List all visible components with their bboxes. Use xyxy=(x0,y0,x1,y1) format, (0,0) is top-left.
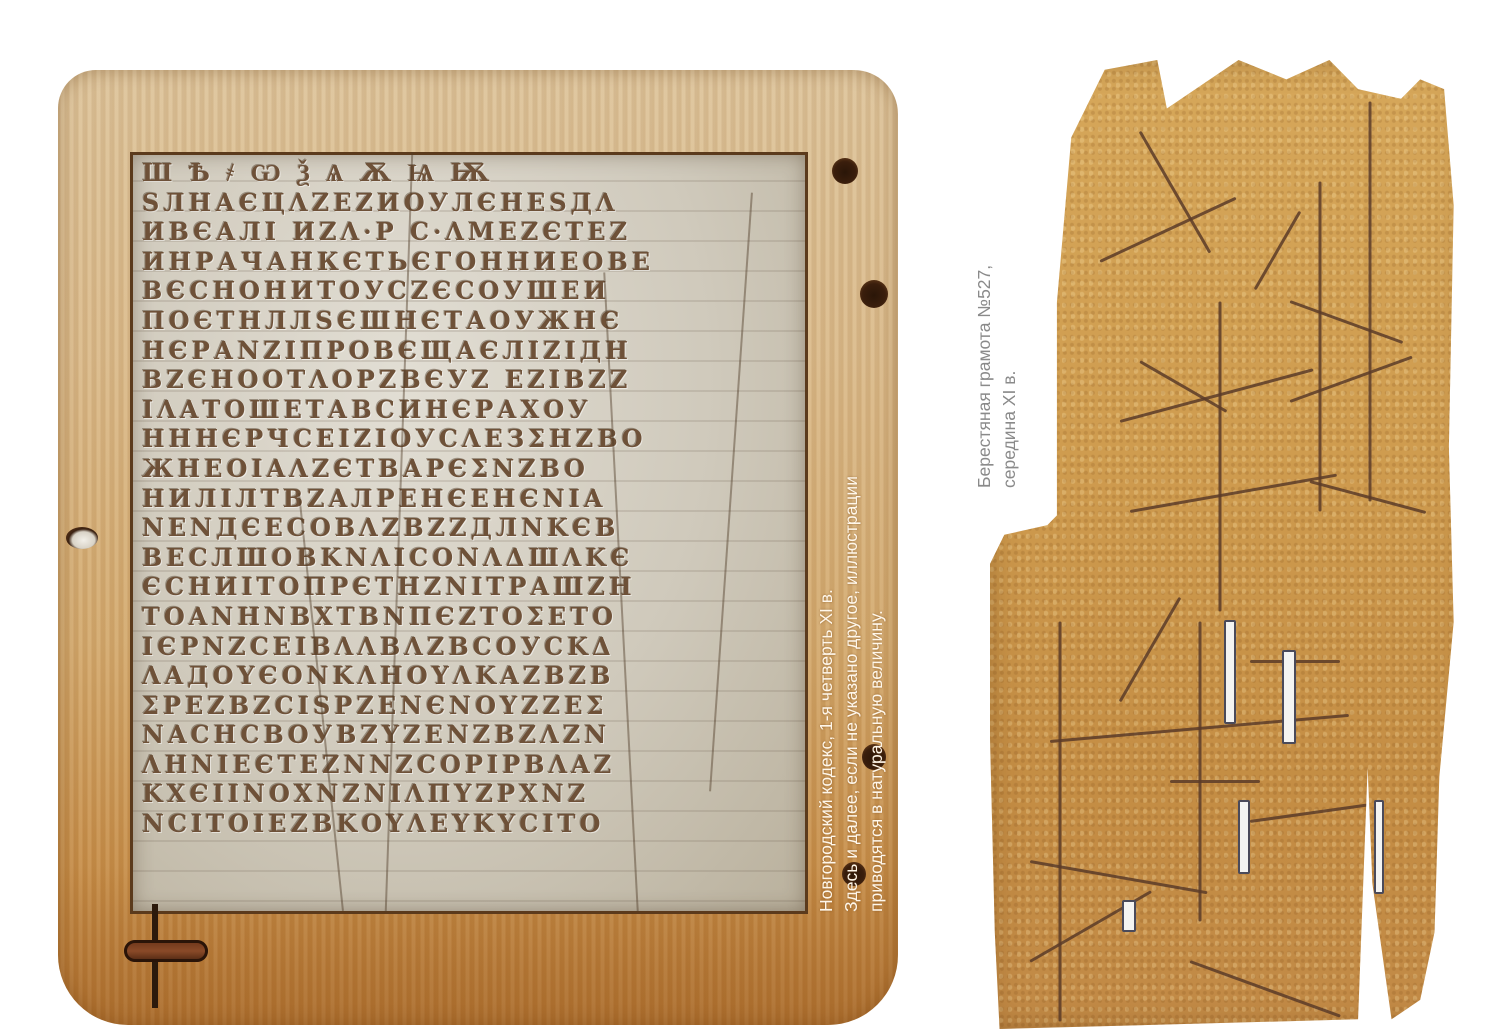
incised-stroke xyxy=(1250,803,1369,823)
inscription-line: ΝСΙΤΟΙΕΖΒΚΟΥΛЕΥΚΥСІΤΟ xyxy=(142,809,798,839)
incised-stroke xyxy=(1139,131,1212,254)
inscription-line: ΣΡЕZΒΖСІЅΡΖΕΝЄΝΟΥΖΖЕΣ xyxy=(142,691,798,721)
bark-split xyxy=(1224,620,1236,724)
binding-hole-icon xyxy=(66,527,98,549)
bark-split xyxy=(1122,900,1136,932)
incised-stroke xyxy=(1059,622,1062,1022)
inscription-line: ЅЛНАЄЦΛZЕZИОУЛЄНЕЅДΛ xyxy=(142,188,798,218)
incised-stroke xyxy=(1119,597,1182,702)
tablet-caption: Новгородский кодекс, 1-я четверть XI в. … xyxy=(814,476,889,912)
incised-stroke xyxy=(1319,182,1322,512)
incised-stroke xyxy=(1289,356,1412,403)
incised-stroke xyxy=(1130,474,1337,513)
inscription-line: ΝΑСНСΒΟУΒΖΥΖЕΝΖΒΖΛΖΝ xyxy=(142,720,798,750)
birch-bark-caption: Берестяная грамота №527, середина XI в. xyxy=(972,265,1022,488)
bark-split xyxy=(1374,800,1384,894)
incised-stroke xyxy=(1099,197,1236,263)
caption-line: Берестяная грамота №527, xyxy=(972,265,997,488)
caption-line: Здесь и далее, если не указано другое, и… xyxy=(839,476,864,912)
inscription-line: ИНРАЧАНКЄТЬЄГОННИЕОΒЕ xyxy=(142,247,798,277)
incised-stroke xyxy=(1199,622,1202,922)
incised-stroke xyxy=(1369,102,1372,502)
bark-split xyxy=(1282,650,1296,744)
wax-writing-surface: Ш Ѣ ҂ Ѡ Ѯ Ѧ Ѫ Ѩ Ѭ ЅЛНАЄЦΛZЕZИОУЛЄНЕЅДΛ И… xyxy=(130,152,808,914)
inscription-line: НЄРАNZІПРОΒЄЩАЄЛΙZІДН xyxy=(142,336,798,366)
peg-hole-icon xyxy=(860,280,888,308)
inscription-line: ΝΕΝДЄЕСОΒΛΖΒΖΖДЛΝΚЄΒ xyxy=(142,513,798,543)
caption-line: Новгородский кодекс, 1-я четверть XI в. xyxy=(814,476,839,912)
inscription-line: ПОЄТНЛЛЅЄШНЄТАОУЖНЄ xyxy=(142,306,798,336)
peg-hole-icon xyxy=(832,158,858,184)
caption-line: приводятся в натуральную величину. xyxy=(864,476,889,912)
inscription-line: ΛΑДΟΥЄΟΝΚΛНОΥΛΚΑZВΖΒ xyxy=(142,661,798,691)
inscription-line: НИЛІЛТΒΖΑЛРЕНЄЕНЄΝΙΑ xyxy=(142,484,798,514)
inscription-line: Ш Ѣ ҂ Ѡ Ѯ Ѧ Ѫ Ѩ Ѭ xyxy=(142,158,798,188)
incised-stroke xyxy=(1170,780,1260,783)
inscription-line: ΙΛΑΤОШЕΤАΒСИНЄРАΧОУ xyxy=(142,395,798,425)
incised-stroke xyxy=(1289,300,1403,344)
inscription-line: ЄСНИІТОΠРЄТНΖΝΙТРΑШZН xyxy=(142,572,798,602)
tablet-inscription: Ш Ѣ ҂ Ѡ Ѯ Ѧ Ѫ Ѩ Ѭ ЅЛНАЄЦΛZЕZИОУЛЄНЕЅДΛ И… xyxy=(142,158,798,839)
incised-stroke xyxy=(1219,302,1222,612)
inscription-line: НННЄРЧСЕΙZΙОУСΛΕЗΣΗΖΒΟ xyxy=(142,424,798,454)
inscription-line: ИΒЄАЛІ ИZΛ·Р С·ΛМЕZЄТЕZ xyxy=(142,217,798,247)
incised-stroke xyxy=(1254,211,1302,290)
inscription-line: ΒЕСЛШΟΒΚΝΛΙСОΝΛΔШΛΚЄ xyxy=(142,543,798,573)
inscription-line: ЖНЕОІΑΛΖЄТΒАРЄΣΝΖΒΟ xyxy=(142,454,798,484)
incised-stroke xyxy=(1030,860,1208,894)
birch-bark-letter-photo xyxy=(990,60,1468,1029)
caption-line: середина XI в. xyxy=(997,265,1022,488)
hinge-clasp-icon xyxy=(124,940,208,962)
inscription-line: ΛΗΝΙΕЄΤΕΖΝΝΖСΟΡΙΡΒΛΑΖ xyxy=(142,750,798,780)
inscription-line: ΒЄСНОНИТОУСΖЄСОУШЕИ xyxy=(142,276,798,306)
inscription-line: ΙЄΡΝΖСΕΙΒΛΛΒΛΖΒСОУСΚΔ xyxy=(142,632,798,662)
incised-stroke xyxy=(1189,960,1340,1018)
bark-split xyxy=(1238,800,1250,874)
incised-stroke xyxy=(1120,368,1314,423)
inscription-line: ΒΖЄНООТΛОРZΒЄУZ ЕZІΒZZ xyxy=(142,365,798,395)
inscription-line: ΚΧЄΙΙΝΟΧΝΖΝΙΛΠΥΖΡΧΝΖ xyxy=(142,779,798,809)
inscription-line: ТΟΑΝΗΝΒΧТΒΝΠЄΖТОΣЕТΟ xyxy=(142,602,798,632)
